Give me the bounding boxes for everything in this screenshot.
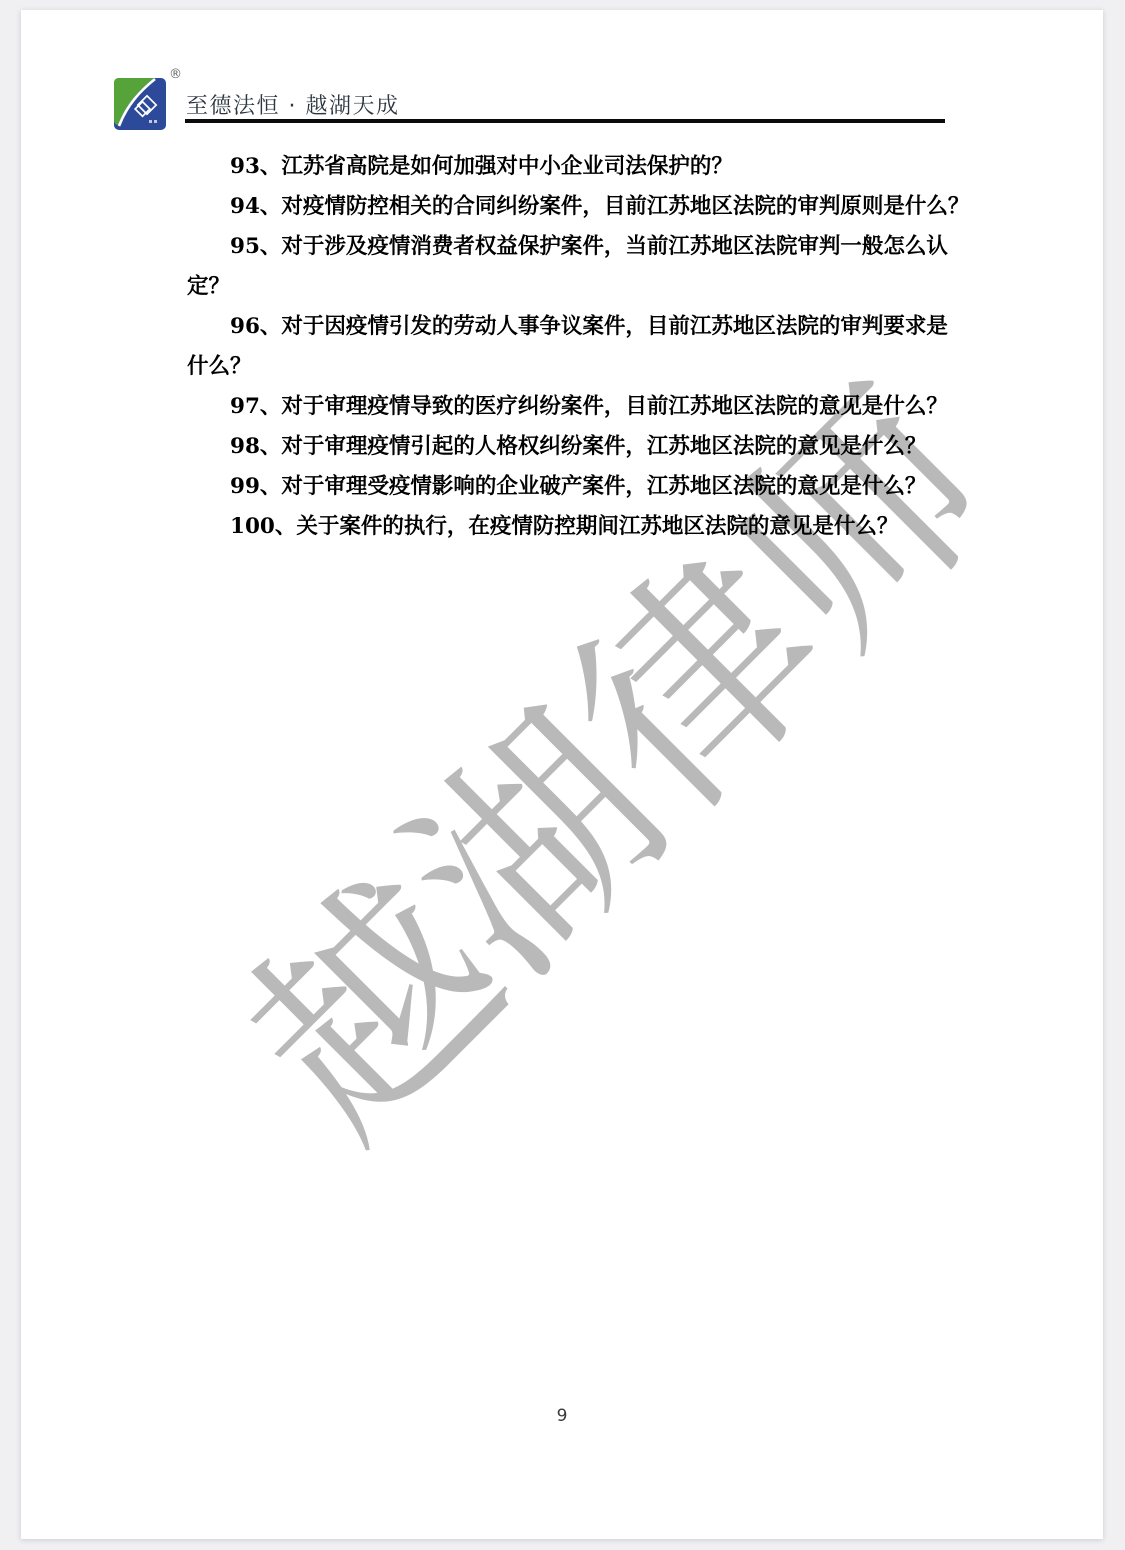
question-line: 定？ — [187, 267, 977, 307]
question-line: 100、关于案件的执行，在疫情防控期间江苏地区法院的意见是什么？ — [187, 507, 977, 547]
question-item: 94、对疫情防控相关的合同纠纷案件，目前江苏地区法院的审判原则是什么？ — [187, 187, 977, 227]
question-line: 95、对于涉及疫情消费者权益保护案件，当前江苏地区法院审判一般怎么认 — [187, 227, 977, 267]
question-item: 95、对于涉及疫情消费者权益保护案件，当前江苏地区法院审判一般怎么认 定？ — [187, 227, 977, 307]
question-item: 96、对于因疫情引发的劳动人事争议案件，目前江苏地区法院的审判要求是 什么？ — [187, 307, 977, 387]
question-item: 99、对于审理受疫情影响的企业破产案件，江苏地区法院的意见是什么？ — [187, 467, 977, 507]
question-line: 98、对于审理疫情引起的人格权纠纷案件，江苏地区法院的意见是什么？ — [187, 427, 977, 467]
brand-logo — [114, 78, 166, 130]
question-line: 96、对于因疫情引发的劳动人事争议案件，目前江苏地区法院的审判要求是 — [187, 307, 977, 347]
registered-trademark-icon: ® — [169, 67, 182, 82]
logo-mark-icon — [114, 78, 166, 130]
document-canvas: 越湖律师 ® 至德法恒 · 越湖天成 93、江苏省高院是如何加强对中小企业司法保… — [0, 0, 1125, 1550]
question-line: 97、对于审理疫情导致的医疗纠纷案件，目前江苏地区法院的意见是什么？ — [187, 387, 977, 427]
header-divider — [185, 119, 945, 123]
question-item: 98、对于审理疫情引起的人格权纠纷案件，江苏地区法院的意见是什么？ — [187, 427, 977, 467]
brand-text: 至德法恒 · 越湖天成 — [186, 89, 399, 120]
question-item: 93、江苏省高院是如何加强对中小企业司法保护的？ — [187, 147, 977, 187]
page-number: 9 — [21, 1406, 1103, 1426]
document-page: 越湖律师 ® 至德法恒 · 越湖天成 93、江苏省高院是如何加强对中小企业司法保… — [21, 10, 1103, 1539]
question-line: 93、江苏省高院是如何加强对中小企业司法保护的？ — [187, 147, 977, 187]
question-line: 什么？ — [187, 347, 977, 387]
question-list: 93、江苏省高院是如何加强对中小企业司法保护的？ 94、对疫情防控相关的合同纠纷… — [187, 147, 977, 547]
question-line: 99、对于审理受疫情影响的企业破产案件，江苏地区法院的意见是什么？ — [187, 467, 977, 507]
question-line: 94、对疫情防控相关的合同纠纷案件，目前江苏地区法院的审判原则是什么？ — [187, 187, 977, 227]
question-item: 100、关于案件的执行，在疫情防控期间江苏地区法院的意见是什么？ — [187, 507, 977, 547]
question-item: 97、对于审理疫情导致的医疗纠纷案件，目前江苏地区法院的意见是什么？ — [187, 387, 977, 427]
